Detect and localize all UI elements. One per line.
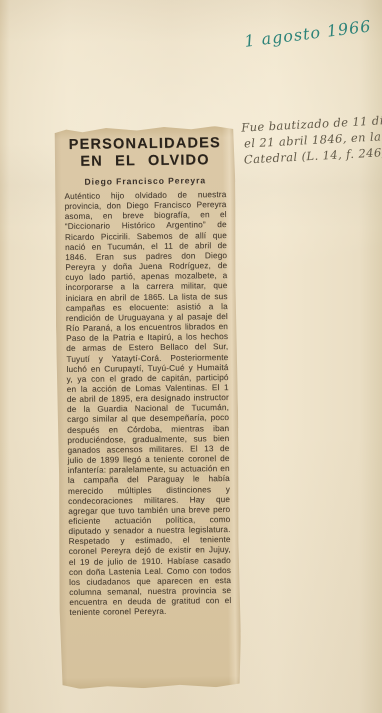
scanned-page: { "page": { "date_annotation": "1 agosto… <box>0 0 382 713</box>
handwritten-margin-note: Fue bautizado de 11 días, el 21 abril 18… <box>241 112 382 167</box>
headline-line-1: PERSONALIDADES <box>64 135 226 154</box>
handwritten-date: 1 agosto 1966 <box>243 16 374 51</box>
clipping-headline: PERSONALIDADES EN EL OLVIDO <box>64 135 226 171</box>
clipping-subject-name: Diego Francisco Pereyra <box>64 175 226 187</box>
newspaper-clipping: PERSONALIDADES EN EL OLVIDO Diego Franci… <box>54 126 242 689</box>
headline-line-2: EN EL OLVIDO <box>64 152 226 171</box>
clipping-body-text: Auténtico hijo olvidado de nuestra provi… <box>64 190 231 619</box>
